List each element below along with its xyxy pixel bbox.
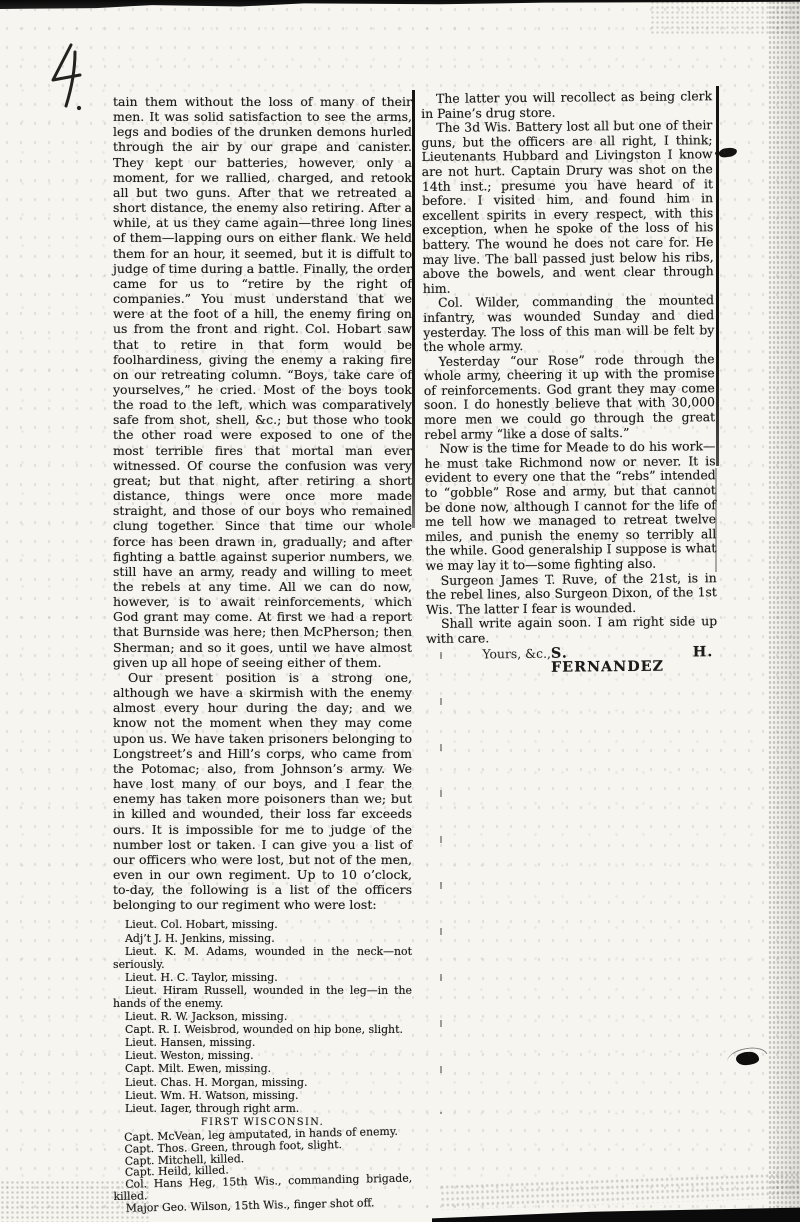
casualty-entry: Lieut. Wm. H. Watson, missing. (113, 1089, 412, 1102)
right-paragraph-6: Surgeon James T. Ruve, of the 21st, is i… (426, 571, 717, 618)
casualty-entry: Lieut. Iager, through right arm. (113, 1102, 412, 1115)
casualty-entry: Lieut. Col. Hobart, missing. (113, 918, 412, 931)
casualty-entry: Lieut. Hansen, missing. (113, 1036, 412, 1049)
ink-blot-bottom-right (736, 1051, 760, 1066)
letter-signature: S. H. FERNANDEZ (551, 645, 714, 676)
newspaper-clipping-scan: tain them without the loss of many of th… (0, 0, 800, 1222)
signature-row: Yours, &c., S. H. FERNANDEZ (426, 645, 717, 677)
casualty-list-21st-regiment: Lieut. Col. Hobart, missing. Adj’t J. H.… (113, 918, 412, 1114)
casualty-entry: Lieut. Weston, missing. (113, 1049, 412, 1062)
casualty-entry: Lieut. Chas. H. Morgan, missing. (113, 1076, 412, 1089)
scan-noise-right-edge (768, 0, 800, 1222)
right-paragraph-4: Yesterday “our Rose” rode through the wh… (424, 352, 716, 442)
right-margin-rule-faint (715, 468, 717, 572)
right-paragraph-5: Now is the time for Meade to do his work… (424, 439, 716, 573)
casualty-entry: Lieut. K. M. Adams, wounded in the neck—… (113, 945, 412, 971)
casualty-entry: Lieut. H. C. Taylor, missing. (113, 971, 412, 984)
scan-fuzz-bottom-right (440, 1172, 800, 1211)
casualty-entry: Lieut. R. W. Jackson, missing. (113, 1010, 412, 1023)
column-divider-rule-faint (440, 652, 442, 1114)
handwritten-page-number (46, 40, 94, 122)
left-column: tain them without the loss of many of th… (113, 94, 412, 1215)
casualty-entry: Capt. R. I. Weisbrod, wounded on hip bon… (113, 1023, 412, 1036)
casualty-entry: Lieut. Hiram Russell, wounded in the leg… (113, 984, 412, 1010)
scan-noise-bottom-left (0, 1180, 150, 1222)
right-margin-rule (716, 86, 719, 466)
right-paragraph-7: Shall write again soon. I am right side … (426, 615, 717, 647)
right-column: The latter you will recollect as being c… (421, 89, 718, 677)
left-paragraph-2: Our present position is a strong one, al… (113, 670, 412, 913)
casualty-entry: Adj’t J. H. Jenkins, missing. (113, 932, 412, 945)
right-paragraph-3: Col. Wilder, commanding the mounted infa… (423, 294, 715, 355)
ink-blot-top-right (719, 147, 738, 158)
casualty-list-first-wisconsin: Capt. McVean, leg amputated, in hands of… (112, 1125, 413, 1214)
column-divider-rule (412, 90, 415, 528)
right-paragraph-1: The latter you will recollect as being c… (421, 89, 712, 121)
right-paragraph-2: The 3d Wis. Battery lost all but one of … (421, 118, 714, 296)
letter-closing: Yours, &c., (482, 646, 551, 661)
left-paragraph-1: tain them without the loss of many of th… (113, 94, 412, 670)
casualty-entry: Capt. Milt. Ewen, missing. (113, 1062, 412, 1075)
handwritten-four-glyph (46, 40, 94, 118)
